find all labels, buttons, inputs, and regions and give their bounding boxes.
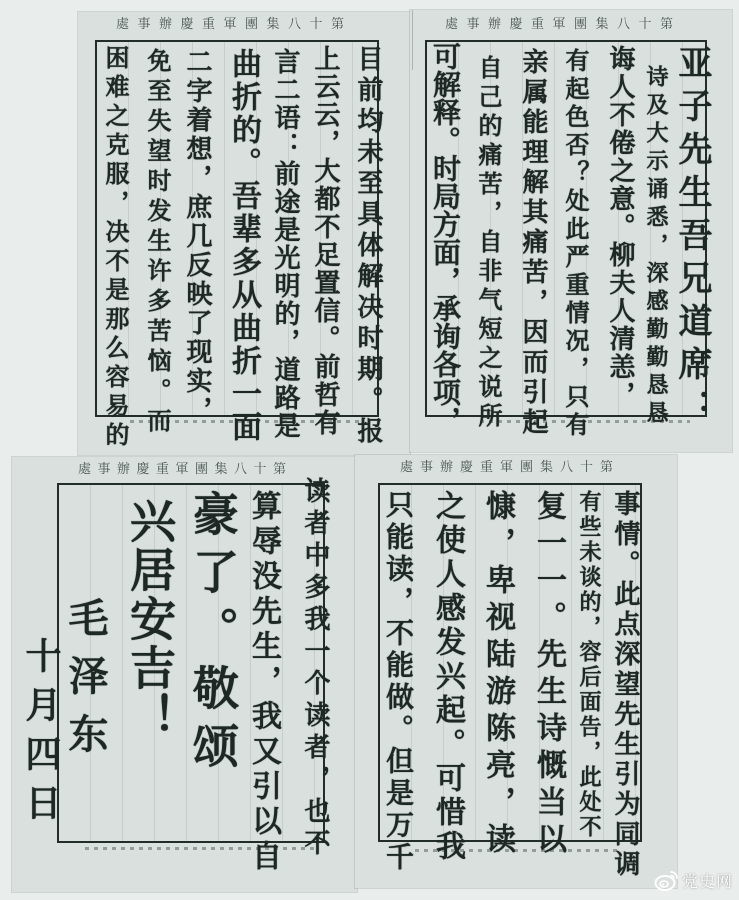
handwritten-column: 可解释。时局方面，承询各项， bbox=[431, 42, 459, 434]
weibo-icon bbox=[654, 868, 680, 892]
letterhead-title: 第十八集團軍重慶辦事處 bbox=[400, 460, 620, 476]
handwritten-column: 有些未谈的，容后面告，此处不 bbox=[577, 490, 599, 840]
watermark: 党史网 bbox=[654, 866, 733, 894]
handwritten-column: 诗及大示诵悉，深感勤勤恳恳 bbox=[644, 65, 666, 429]
handwritten-column: 有起色否？处此严重情况，只有 bbox=[563, 48, 587, 440]
handwritten-column: 复一一。先生诗慨当以 bbox=[533, 490, 563, 860]
handwritten-column: 慷，卑视陆游陈亮，读 bbox=[482, 490, 512, 860]
handwritten-column: 事情。此点深望先生引为同调 bbox=[612, 490, 638, 880]
closing-column: 豪了。敬颂 bbox=[190, 490, 236, 780]
paper-crease bbox=[412, 10, 413, 70]
signature: 毛泽东 bbox=[65, 597, 105, 771]
letterhead-title: 第十八集團軍重慶辦事處 bbox=[78, 462, 293, 478]
closing-column: 兴居安吉！ bbox=[127, 497, 173, 742]
handwritten-column: 只能读，不能做。但是万千 bbox=[384, 490, 412, 874]
handwritten-column: 亲属能理解其痛苦，因而引起 bbox=[520, 48, 546, 438]
letter-sheet-page-3: 第十八集團軍重慶辦事處 事情。此点深望先生引为同调 有些未谈的，容后面告，此处不… bbox=[355, 455, 677, 888]
handwritten-column: 自己的痛苦，自非气短之说所 bbox=[476, 55, 500, 432]
handwritten-column: 免至失望时发生许多苦恼。而 bbox=[145, 48, 169, 438]
handwritten-column: 言二语：前途是光明的，道路是 bbox=[272, 48, 298, 440]
watermark-text: 党史网 bbox=[682, 869, 733, 892]
handwritten-column: 算辱没先生，我又引以自 bbox=[248, 490, 278, 875]
letter-sheet-page-1: 第十八集團軍重慶辦事處 亚子先生吾兄道席： 诗及大示诵悉，深感勤勤恳恳 诲人不倦… bbox=[410, 10, 732, 452]
handwritten-column: 上云云，大都不足置信。前哲有 bbox=[312, 45, 338, 437]
letterhead-title: 第十八集團軍重慶辦事處 bbox=[445, 17, 682, 33]
handwritten-column: 目前均未至具体解决时期。报 bbox=[355, 45, 381, 448]
letter-sheet-page-2: 第十八集團軍重慶辦事處 目前均未至具体解决时期。报 上云云，大都不足置信。前哲有… bbox=[78, 12, 410, 455]
handwritten-column: 诲人不倦之意。柳夫人清恙， bbox=[607, 45, 633, 409]
handwritten-column: 曲折的。吾辈多从曲折一面 bbox=[228, 48, 258, 444]
handwritten-column: 二字着想，庶几反映了现实， bbox=[184, 48, 210, 425]
handwritten-column: 读者中多我一个读者，也不 bbox=[302, 477, 328, 861]
handwritten-column: 困难之克服，决不是那么容易的 bbox=[103, 45, 127, 451]
handwritten-column: 之使人感发兴起。可惜我 bbox=[432, 490, 462, 864]
letter-sheet-page-4: 第十八集團軍重慶辦事處 读者中多我一个读者，也不 算辱没先生，我又引以自 豪了。… bbox=[12, 457, 357, 892]
salutation-column: 亚子先生吾兄道席： bbox=[675, 45, 709, 432]
letter-date: 十月四日 bbox=[22, 637, 58, 833]
letterhead-title: 第十八集團軍重慶辦事處 bbox=[116, 17, 353, 33]
